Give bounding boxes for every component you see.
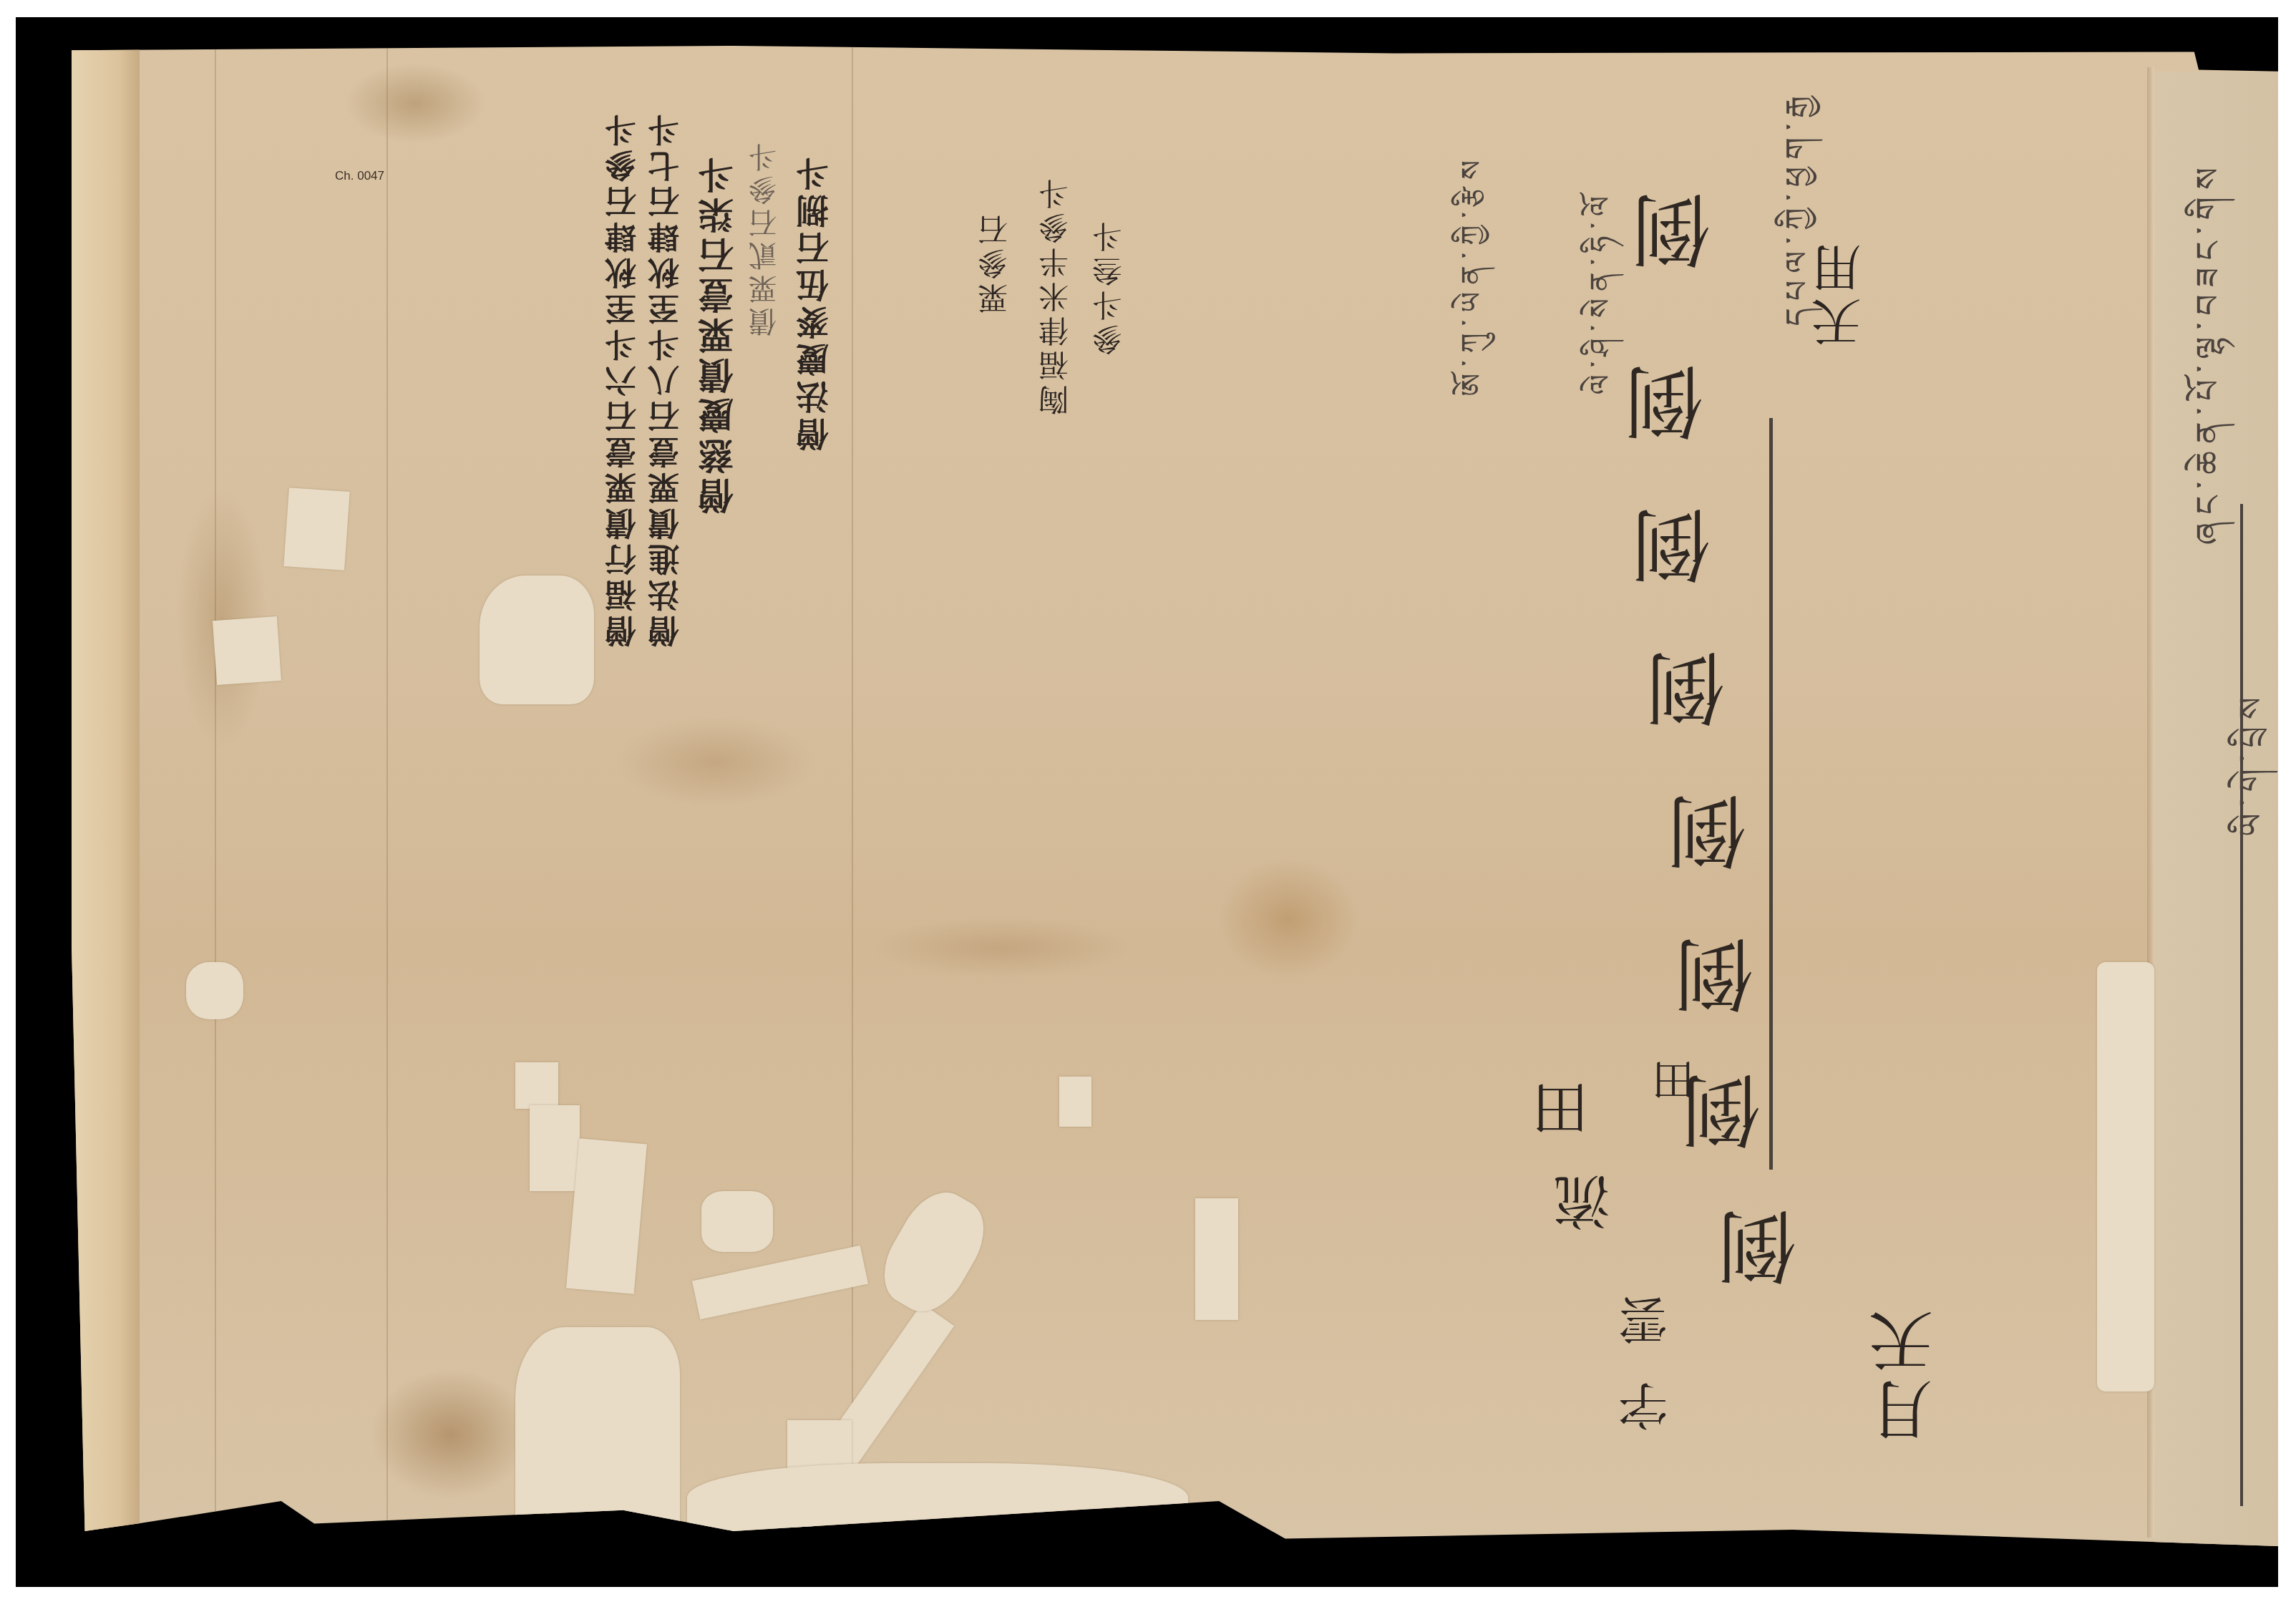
repair-patch: [692, 1246, 868, 1320]
repair-patch: [515, 1062, 558, 1109]
tibetan-text-line: ཡི་གེ་བྲིས: [2204, 690, 2296, 838]
repair-patch: [1059, 1077, 1091, 1127]
fold-line: [386, 46, 388, 1546]
chinese-annotation: 天用: [1804, 239, 1876, 348]
chinese-text-column: 陶福律米半參斗: [1034, 175, 1077, 415]
repeated-character: 倒: [1632, 189, 1711, 268]
repair-patch: [283, 487, 349, 571]
chinese-annotation: 田: [1524, 1077, 1607, 1138]
fold-line: [215, 46, 216, 1546]
chinese-text-column: 僧法進債粟壹石八斗至秋肆石七斗: [644, 110, 690, 647]
repeated-character: 倒: [1675, 933, 1753, 1012]
repair-patch: [566, 1138, 647, 1293]
repeated-character: 倒: [1668, 790, 1746, 869]
chinese-annotation: 田: [1646, 1055, 1708, 1102]
fold-line: [852, 46, 853, 1546]
repair-patch: [480, 576, 594, 704]
chinese-annotation: 雲: [1610, 1291, 1683, 1346]
repair-patch: [186, 962, 243, 1019]
repeated-character: 倒: [1625, 361, 1703, 440]
ruled-line: [1769, 418, 1773, 1170]
repair-patch: [870, 1180, 998, 1324]
repair-patch: [530, 1105, 580, 1191]
repair-patch: [701, 1191, 773, 1252]
left-mounting-strip: [72, 46, 140, 1546]
chinese-annotation: 字: [1610, 1377, 1683, 1432]
repair-patch: [2097, 962, 2154, 1392]
chinese-text-column: 債粟貳石參斗: [744, 139, 785, 336]
chinese-text-column: 粟參石: [973, 210, 1016, 314]
chinese-annotation: 流: [1546, 1170, 1628, 1231]
repeated-character: 倒: [1632, 504, 1711, 583]
chinese-text-column: 參斗叁斗: [1088, 218, 1131, 355]
tibetan-text-line: ཞང་ཆེན་པོ་ལྷ་བཟང་གིས: [2161, 160, 2254, 545]
repeated-character: 倒: [1718, 1205, 1796, 1284]
chinese-annotation: 月天: [1861, 1306, 1954, 1443]
manuscript-sheet: 僧福行債粟壹石六斗至秋肆石參斗 僧法進債粟壹石八斗至秋肆石七斗 僧慈慶債粟壹石柒…: [72, 46, 2278, 1546]
chinese-text-column: 僧福行債粟壹石六斗至秋肆石參斗: [601, 110, 647, 647]
chinese-text-column: 僧慈慶債粟壹石柒斗: [693, 153, 744, 514]
repair-patch: [1195, 1198, 1238, 1320]
tibetan-text-line: ཨོ་ཀུ་ཡེན་ཀྱི་རྩིས: [1431, 153, 1512, 397]
repair-patch: [213, 616, 281, 685]
ruled-line: [2240, 504, 2243, 1506]
chinese-text-column: 僧法慶麥伍石捌斗: [791, 153, 838, 451]
shelfmark-label: Ch. 0047: [335, 169, 384, 183]
repeated-character: 倒: [1646, 647, 1725, 726]
